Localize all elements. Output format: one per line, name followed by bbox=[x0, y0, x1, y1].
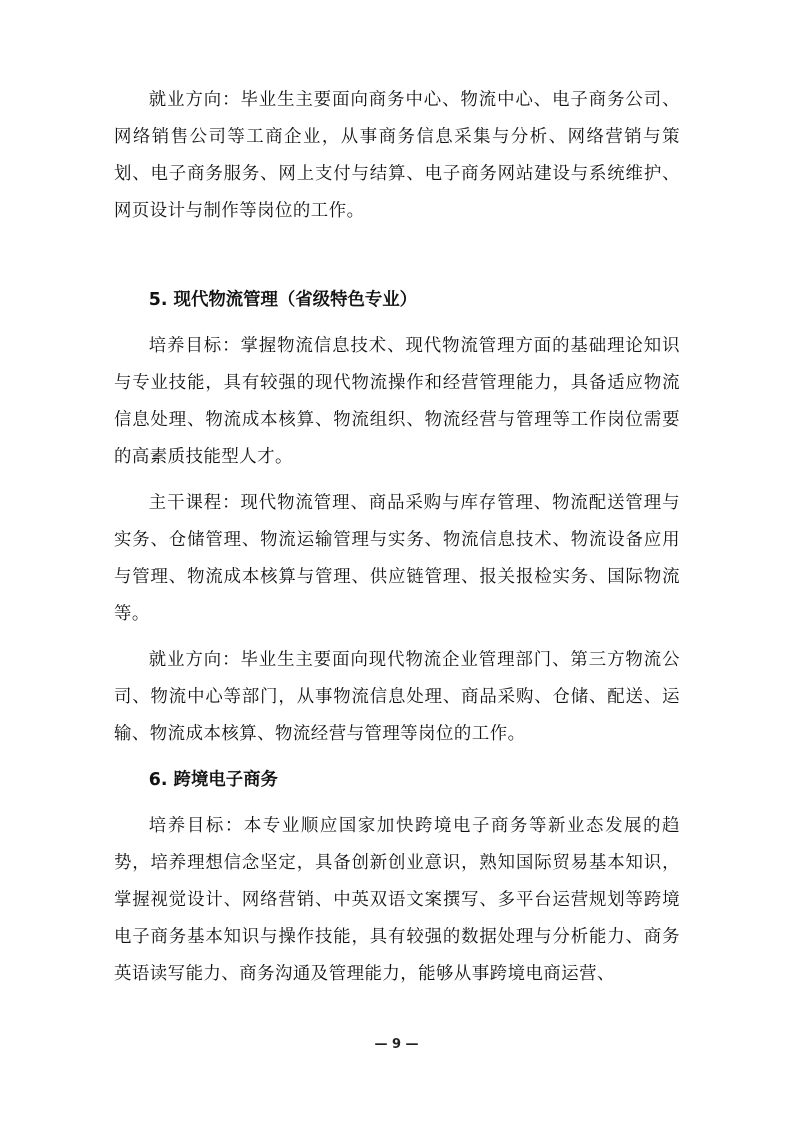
section-heading-modern-logistics: 5. 现代物流管理（省级特色专业） bbox=[114, 282, 680, 319]
spacer bbox=[114, 476, 680, 485]
spacer bbox=[114, 633, 680, 642]
paragraph-ecommerce-employment: 就业方向：毕业生主要面向商务中心、物流中心、电子商务公司、网络销售公司等工商企业… bbox=[114, 82, 680, 230]
page-number: — 9 — bbox=[0, 1037, 793, 1052]
document-page: 就业方向：毕业生主要面向商务中心、物流中心、电子商务公司、网络销售公司等工商企业… bbox=[114, 82, 680, 993]
spacer bbox=[114, 799, 680, 808]
paragraph-cross-border-objective: 培养目标：本专业顺应国家加快跨境电子商务等新业态发展的趋势，培养理想信念坚定，具… bbox=[114, 808, 680, 993]
spacer bbox=[114, 319, 680, 328]
paragraph-logistics-objective: 培养目标：掌握物流信息技术、现代物流管理方面的基础理论知识与专业技能，具有较强的… bbox=[114, 328, 680, 476]
paragraph-logistics-employment: 就业方向：毕业生主要面向现代物流企业管理部门、第三方物流公司、物流中心等部门，从… bbox=[114, 642, 680, 753]
paragraph-logistics-courses: 主干课程：现代物流管理、商品采购与库存管理、物流配送管理与实务、仓储管理、物流运… bbox=[114, 485, 680, 633]
section-heading-cross-border-ecommerce: 6. 跨境电子商务 bbox=[114, 762, 680, 799]
spacer bbox=[114, 230, 680, 282]
spacer bbox=[114, 753, 680, 762]
